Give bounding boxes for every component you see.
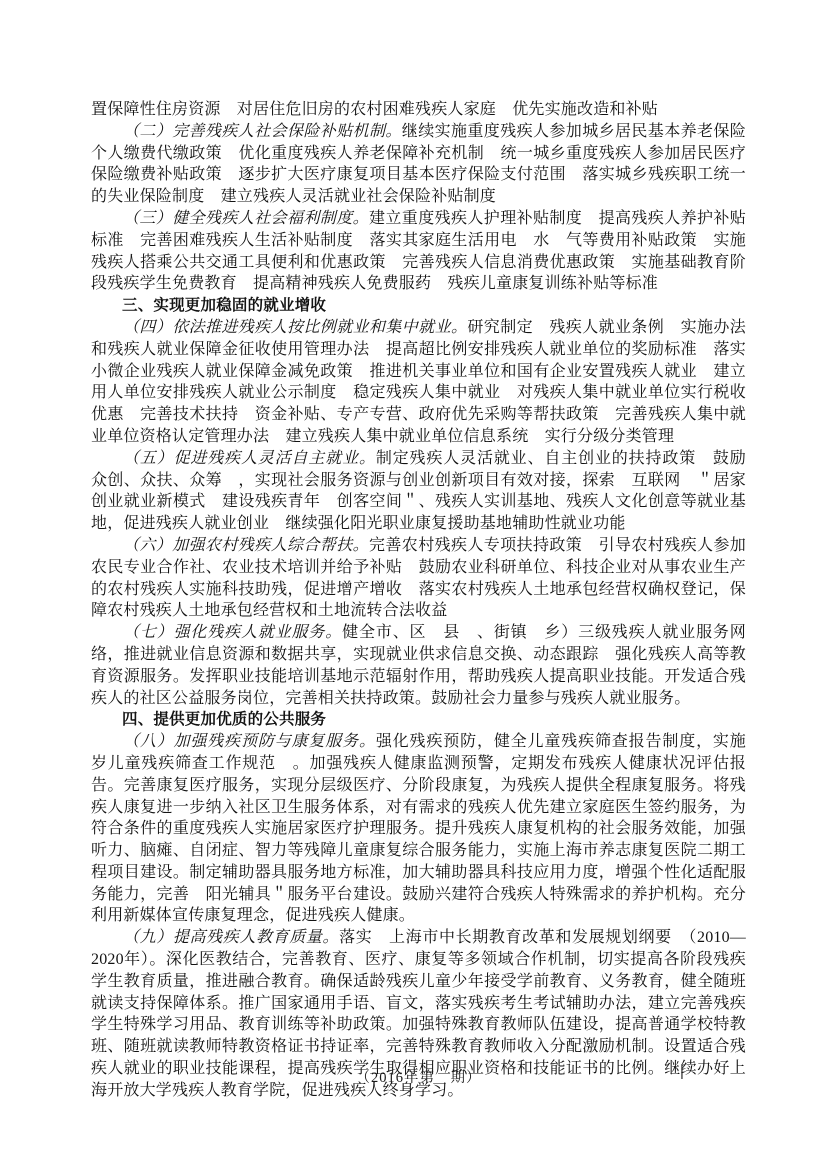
page-number-mark: |	[680, 1063, 684, 1080]
item-6-lead: （六）加强农村残疾人综合帮扶。	[123, 537, 369, 554]
item-5: （五）促进残疾人灵活自主就业。制定残疾人灵活就业、自主创业的扶持政策 鼓励 众创…	[91, 448, 746, 535]
item-9-lead: （九）提高残疾人教育质量。	[123, 929, 339, 946]
section-heading-4: 四、提供更加优质的公共服务	[91, 709, 746, 731]
item-4: （四）依法推进残疾人按比例就业和集中就业。研究制定 残疾人就业条例 实施办法和残…	[91, 317, 746, 448]
item-7-lead: （七）强化残疾人就业服务。	[123, 624, 342, 641]
item-4-body: 研究制定 残疾人就业条例 实施办法和残疾人就业保障金征收使用管理办法 提高超比例…	[91, 319, 746, 445]
item-7: （七）强化残疾人就业服务。健全市、区 县 、街镇 乡）三级残疾人就业服务网络，推…	[91, 622, 746, 709]
text-block: 置保障性住房资源 对居住危旧房的农村困难残疾人家庭 优先实施改造和补贴 （二）完…	[91, 99, 746, 1102]
item-6: （六）加强农村残疾人综合帮扶。完善农村残疾人专项扶持政策 引导农村残疾人参加农民…	[91, 535, 746, 622]
document-page: 置保障性住房资源 对居住危旧房的农村困难残疾人家庭 优先实施改造和补贴 （二）完…	[0, 0, 827, 1170]
item-4-lead: （四）依法推进残疾人按比例就业和集中就业。	[123, 319, 467, 336]
item-3-lead: （三）健全残疾人社会福利制度。	[123, 210, 369, 227]
item-8: （八）加强残疾预防与康复服务。强化残疾预防，健全儿童残疾筛查报告制度，实施 岁儿…	[91, 731, 746, 927]
item-2-lead: （二）完善残疾人社会保险补贴机制。	[123, 123, 402, 140]
item-2: （二）完善残疾人社会保险补贴机制。继续实施重度残疾人参加城乡居民基本养老保险个人…	[91, 121, 746, 208]
item-3: （三）健全残疾人社会福利制度。建立重度残疾人护理补贴制度 提高残疾人养护补贴标准…	[91, 208, 746, 295]
paragraph-continuation: 置保障性住房资源 对居住危旧房的农村困难残疾人家庭 优先实施改造和补贴	[91, 99, 746, 121]
section-heading-3: 三、实现更加稳固的就业增收	[91, 295, 746, 317]
item-8-lead: （八）加强残疾预防与康复服务。	[123, 733, 376, 750]
item-8-body: 强化残疾预防，健全儿童残疾筛查报告制度，实施 岁儿童残疾筛查工作规范 。加强残疾…	[91, 733, 795, 924]
footer-issue-label: （2016年第 期）	[356, 1070, 482, 1086]
footer: （2016年第 期）	[91, 1066, 746, 1087]
item-5-lead: （五）促进残疾人灵活自主就业。	[123, 450, 376, 467]
